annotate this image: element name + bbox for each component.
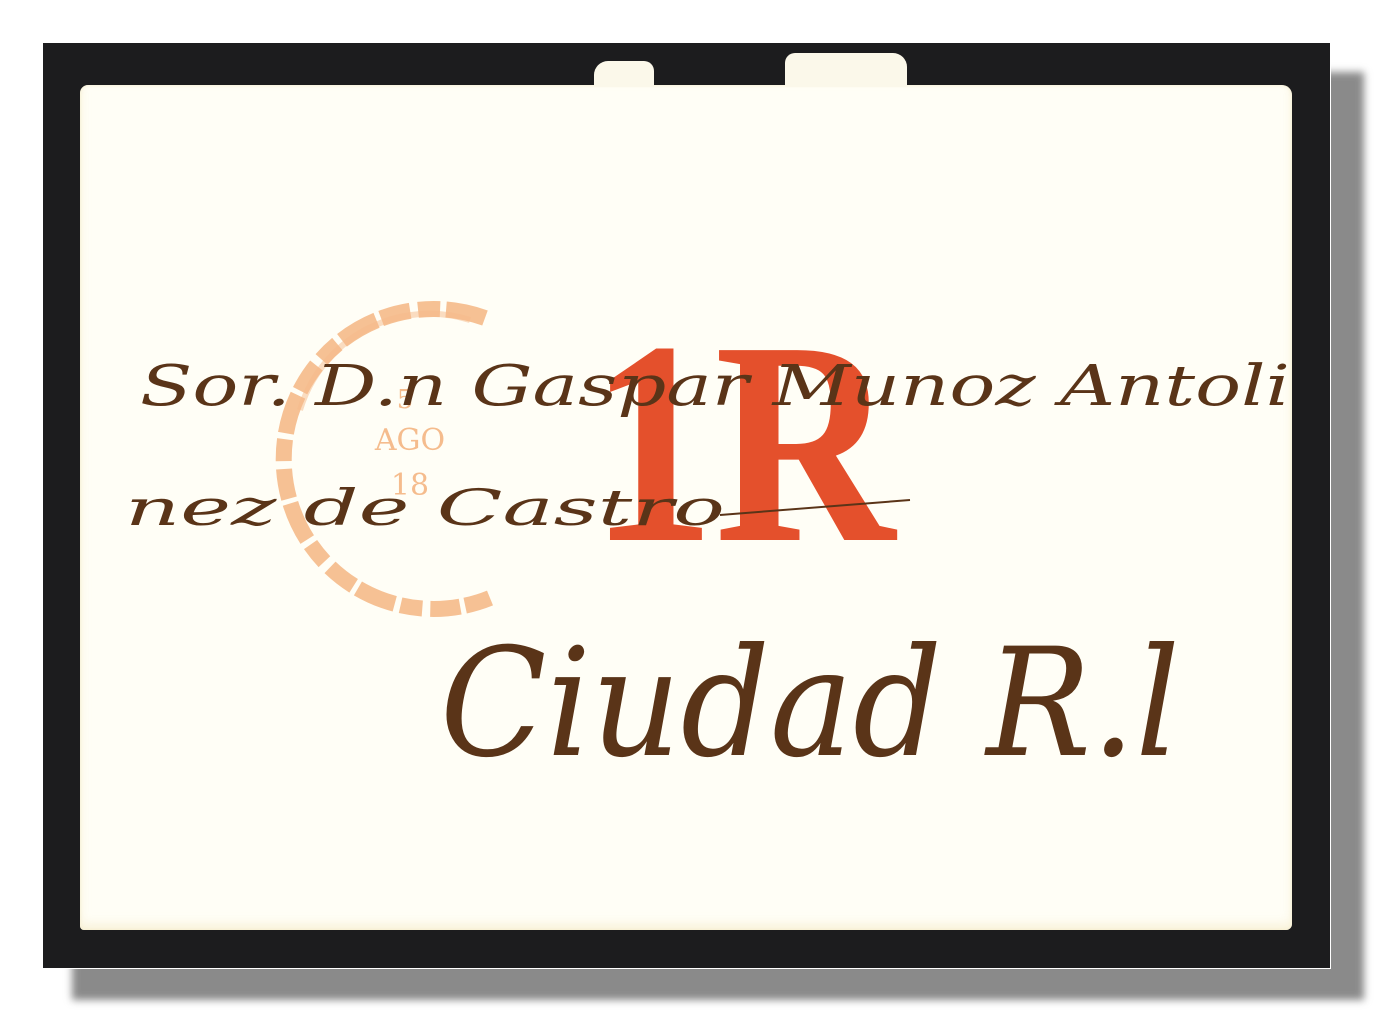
markings-layer: 5 AGO 18 1R Sor. D.n Gaspar Munoz Antoli… (0, 0, 1375, 1013)
rate-mark-text: 1R (590, 282, 898, 603)
address-line-2: nez de Castro (125, 479, 725, 537)
rate-mark: 1R (590, 282, 898, 603)
address-line-3: Ciudad R.l (440, 617, 1180, 791)
address-line-1: Sor. D.n Gaspar Munoz Antoli (140, 354, 1290, 419)
postmark-month: AGO (374, 423, 445, 458)
